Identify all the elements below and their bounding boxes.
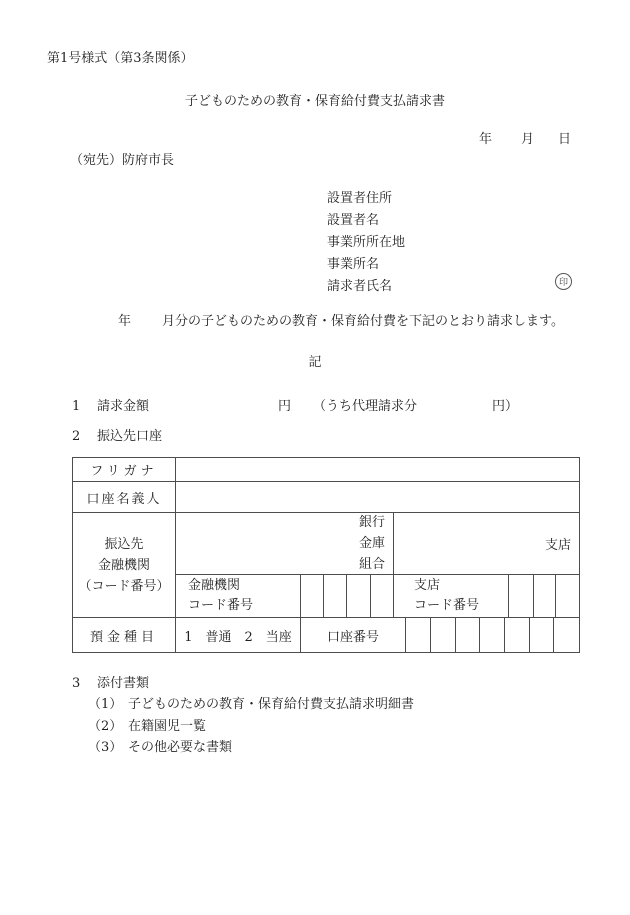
bank-type-bank: 銀行 — [176, 512, 385, 533]
bank-code-box — [324, 575, 347, 618]
attachment-2-text: 在籍園児一覧 — [128, 719, 206, 735]
account-number-box — [431, 618, 456, 652]
bank-section-label: 振込先 金融機関 （コード番号） — [73, 513, 176, 618]
furigana-label: フリガナ — [73, 458, 176, 482]
claimant-name-label: 請求者氏名 — [327, 279, 392, 295]
account-number-label: 口座番号 — [301, 618, 406, 652]
item3-label: 添付書類 — [97, 676, 149, 692]
item2-number: 2 — [72, 429, 80, 445]
attachment-3-number: （3） — [88, 740, 122, 756]
form-number: 第1号様式（第3条関係） — [47, 51, 194, 67]
account-number-box — [456, 618, 480, 652]
installer-address-label: 設置者住所 — [327, 191, 392, 207]
bank-name-cell: 銀行 金庫 組合 — [176, 513, 394, 575]
attachment-3-text: その他必要な書類 — [128, 740, 232, 756]
seal-text: 印 — [559, 275, 568, 288]
bank-section-label-line2: 金融機関 — [73, 555, 175, 576]
statement-year-label: 年 — [118, 314, 131, 330]
item1-paren-open: （うち代理請求分 — [313, 399, 417, 415]
item3-number: 3 — [72, 676, 80, 692]
bank-account-table: フリガナ 口座名義人 振込先 金融機関 （コード番号） 銀行 金庫 組合 支店 … — [72, 457, 580, 653]
branch-code-label: 支店 コード番号 — [394, 575, 509, 618]
bank-code-box — [301, 575, 324, 618]
branch-code-label-line1: 支店 — [414, 576, 508, 596]
date-year-label: 年 — [479, 132, 492, 148]
bank-type-kumiai: 組合 — [176, 554, 385, 575]
bank-section-label-line1: 振込先 — [73, 534, 175, 555]
account-number-box — [554, 618, 579, 652]
office-name-label: 事業所名 — [327, 257, 379, 273]
date-day-label: 日 — [558, 132, 571, 148]
statement-text: 月分の子どものための教育・保育給付費を下記のとおり請求します。 — [162, 314, 564, 330]
item1-yen-label: 円 — [278, 399, 291, 415]
branch-name-cell: 支店 — [394, 513, 579, 575]
date-month-label: 月 — [521, 132, 534, 148]
bank-code-box — [371, 575, 394, 618]
branch-code-box — [534, 575, 556, 618]
deposit-type-options: 1 普通 2 当座 — [176, 618, 301, 652]
bank-section-label-line3: （コード番号） — [73, 576, 175, 597]
bank-code-label-line1: 金融機関 — [188, 576, 300, 596]
branch-code-label-line2: コード番号 — [414, 596, 508, 616]
branch-code-box — [556, 575, 579, 618]
seal-icon: 印 — [555, 273, 572, 290]
attachment-2-number: （2） — [88, 719, 122, 735]
account-holder-value-cell — [176, 482, 579, 513]
item1-paren-close: 円） — [492, 399, 518, 415]
account-number-box — [530, 618, 554, 652]
bank-code-label-line2: コード番号 — [188, 596, 300, 616]
installer-name-label: 設置者名 — [327, 213, 379, 229]
account-number-box — [406, 618, 431, 652]
furigana-value-cell — [176, 458, 579, 482]
document-title: 子どものための教育・保育給付費支払請求書 — [0, 94, 630, 110]
account-holder-label: 口座名義人 — [73, 482, 176, 513]
branch-suffix-label: 支店 — [545, 534, 571, 553]
deposit-type-label: 預金種目 — [73, 618, 176, 652]
document-page: 第1号様式（第3条関係） 子どものための教育・保育給付費支払請求書 年 月 日 … — [0, 0, 630, 915]
bank-code-box — [347, 575, 371, 618]
branch-code-box — [509, 575, 534, 618]
attachment-1-number: （1） — [88, 697, 122, 713]
item1-label: 請求金額 — [97, 399, 149, 415]
ki-heading: 記 — [0, 355, 630, 371]
account-number-box — [505, 618, 530, 652]
bank-type-shinkin: 金庫 — [176, 533, 385, 554]
attachment-1-text: 子どものための教育・保育給付費支払請求明細書 — [128, 697, 414, 713]
bank-code-label: 金融機関 コード番号 — [176, 575, 301, 618]
item1-number: 1 — [72, 399, 80, 415]
account-number-box — [480, 618, 505, 652]
item2-label: 振込先口座 — [97, 429, 162, 445]
office-address-label: 事業所所在地 — [327, 235, 405, 251]
addressee: （宛先）防府市長 — [70, 153, 174, 169]
